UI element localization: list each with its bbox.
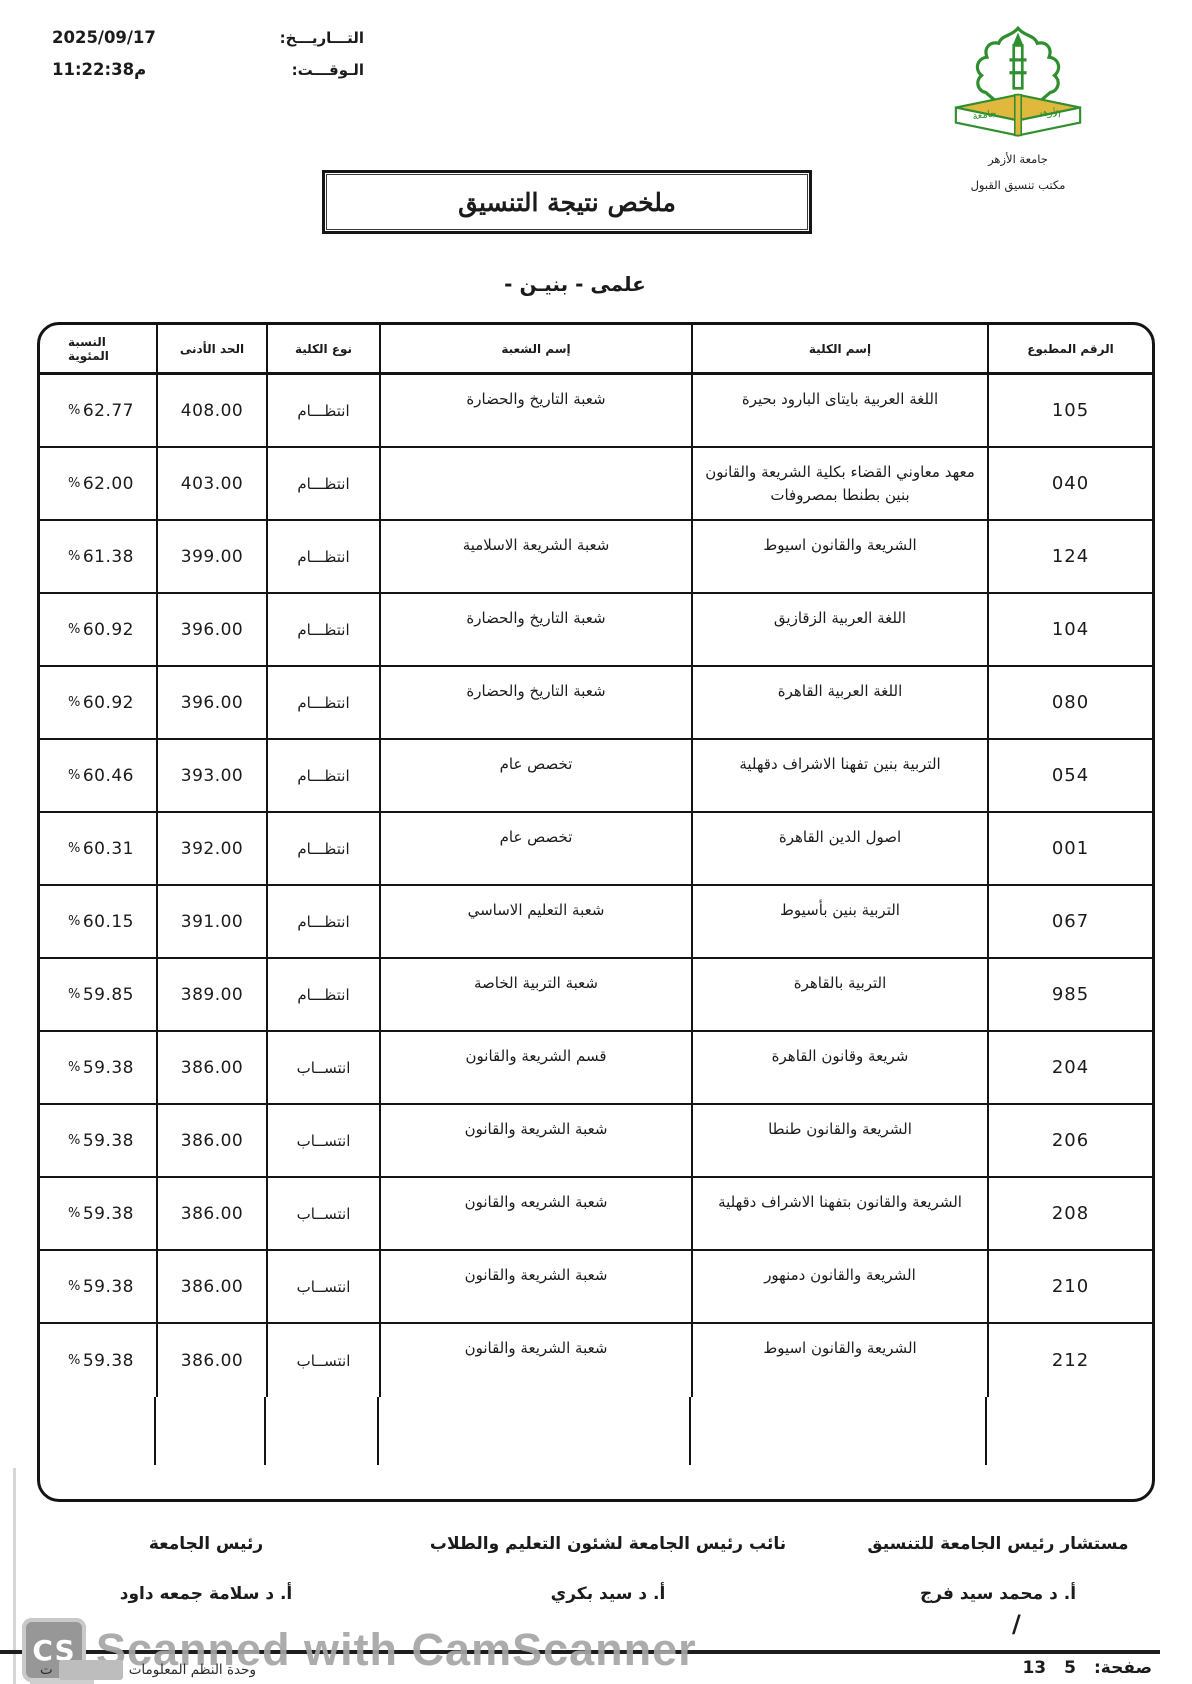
column-divider-stub [264,1397,266,1465]
row-min-score: 386.00 [156,1324,266,1397]
row-division-name: تخصص عام [379,813,691,884]
row-min-score: 386.00 [156,1178,266,1249]
row-percentage: % 61.38 [40,521,156,592]
date-label: التـــاريـــخ: [280,29,364,47]
row-division-name: شعبة التربية الخاصة [379,959,691,1030]
row-college-type: انتظـــام [266,740,379,811]
row-college-name: التربية بنين بأسيوط [691,886,987,957]
row-college-name: شريعة وقانون القاهرة [691,1032,987,1103]
row-percentage-value: 60.31 [83,839,134,859]
row-college-type: انتظـــام [266,375,379,446]
time-value: م11:22:38 [52,60,146,79]
table-row: 104 اللغة العربية الزقازيق شعبة التاريخ … [40,594,1152,667]
row-code: 054 [987,740,1152,811]
row-percentage-value: 61.38 [83,547,134,567]
row-percentage-value: 59.38 [83,1058,134,1078]
report-subtitle: - علمى - بنيـن [275,272,875,296]
row-min-score: 392.00 [156,813,266,884]
signatures-row: مستشار رئيس الجامعة للتنسيق أ. د محمد سي… [38,1534,1154,1604]
row-division-name [379,448,691,519]
row-percentage: % 59.38 [40,1251,156,1322]
column-divider-stub [689,1397,691,1465]
row-college-type: انتظـــام [266,813,379,884]
row-college-type: انتســاب [266,1324,379,1397]
percent-sign: % [68,549,80,564]
admissions-office-name: مكتب تنسيق القبول [938,178,1098,192]
row-code: 124 [987,521,1152,592]
table-row: 054 التربية بنين تفهنا الاشراف دقهلية تخ… [40,740,1152,813]
header-min-score: الحد الأدنى [156,325,266,372]
row-division-name: شعبة الشريعة الاسلامية [379,521,691,592]
row-percentage-value: 59.38 [83,1351,134,1371]
row-college-name: الشريعة والقانون بتفهنا الاشراف دقهلية [691,1178,987,1249]
column-divider-stub [985,1397,987,1465]
row-min-score: 391.00 [156,886,266,957]
unit-label: وحدة النظم المعلومات [129,1662,256,1678]
row-college-name: التربية بالقاهرة [691,959,987,1030]
row-percentage: % 59.38 [40,1105,156,1176]
row-college-name: الشريعة والقانون دمنهور [691,1251,987,1322]
row-college-type: انتســاب [266,1105,379,1176]
page-number: 5 [1064,1658,1076,1678]
row-college-name: الشريعة والقانون اسيوط [691,1324,987,1397]
row-college-name: اللغة العربية الزقازيق [691,594,987,665]
row-percentage-value: 59.38 [83,1277,134,1297]
row-percentage-value: 62.00 [83,474,134,494]
row-percentage: % 60.92 [40,594,156,665]
page-number-block: صفحة: 5 13 [1022,1658,1152,1678]
header-college: إسم الكلية [691,325,987,372]
percent-sign: % [68,768,80,783]
percent-sign: % [68,622,80,637]
percent-sign: % [68,1060,80,1075]
table-row: 208 الشريعة والقانون بتفهنا الاشراف دقهل… [40,1178,1152,1251]
table-row: 206 الشريعة والقانون طنطا شعبة الشريعة و… [40,1105,1152,1178]
row-code: 985 [987,959,1152,1030]
table-row: 204 شريعة وقانون القاهرة قسم الشريعة وال… [40,1032,1152,1105]
table-row: 212 الشريعة والقانون اسيوط شعبة الشريعة … [40,1324,1152,1397]
row-min-score: 396.00 [156,667,266,738]
table-row: 985 التربية بالقاهرة شعبة التربية الخاصة… [40,959,1152,1032]
row-college-name: معهد معاوني القضاء بكلية الشريعة والقانو… [691,448,987,519]
row-min-score: 386.00 [156,1032,266,1103]
row-code: 001 [987,813,1152,884]
row-code: 208 [987,1178,1152,1249]
row-percentage-value: 59.85 [83,985,134,1005]
al-azhar-emblem-icon: جامعة الأزهر [938,24,1098,144]
row-college-type: انتظـــام [266,448,379,519]
row-min-score: 393.00 [156,740,266,811]
percent-sign: % [68,841,80,856]
header-code: الرقم المطبوع [987,325,1152,372]
percent-sign: % [68,1353,80,1368]
row-min-score: 408.00 [156,375,266,446]
date-value: 2025/09/17 [52,28,156,47]
row-college-name: اللغة العربية القاهرة [691,667,987,738]
row-division-name: شعبة الشريعة والقانون [379,1324,691,1397]
page-slash-mark: / [1012,1610,1021,1638]
percent-sign: % [68,1279,80,1294]
page-label: صفحة: [1094,1658,1152,1678]
table-row: 067 التربية بنين بأسيوط شعبة التعليم الا… [40,886,1152,959]
row-college-type: انتظـــام [266,667,379,738]
row-percentage-value: 59.38 [83,1131,134,1151]
date-row: التـــاريـــخ: 2025/09/17 [52,28,364,47]
signature-block: نائب رئيس الجامعة لشئون التعليم والطلاب … [374,1534,842,1604]
row-code: 104 [987,594,1152,665]
university-name: جامعة الأزهر [938,152,1098,166]
row-college-type: انتســاب [266,1032,379,1103]
row-percentage: % 59.38 [40,1032,156,1103]
row-division-name: شعبة التعليم الاساسي [379,886,691,957]
signature-title: رئيس الجامعة [38,1534,374,1554]
signature-block: رئيس الجامعة أ. د سلامة جمعه داود [38,1534,374,1604]
percent-sign: % [68,1133,80,1148]
table-row: 001 اصول الدين القاهرة تخصص عام انتظـــا… [40,813,1152,886]
row-percentage: % 62.77 [40,375,156,446]
scan-smudge-blob [59,1660,123,1680]
row-percentage: % 60.92 [40,667,156,738]
row-college-name: اللغة العربية بايتاى البارود بحيرة [691,375,987,446]
signature-block: مستشار رئيس الجامعة للتنسيق أ. د محمد سي… [842,1534,1154,1604]
signature-title: نائب رئيس الجامعة لشئون التعليم والطلاب [374,1534,842,1554]
row-percentage: % 62.00 [40,448,156,519]
row-college-type: انتظـــام [266,521,379,592]
signature-title: مستشار رئيس الجامعة للتنسيق [842,1534,1154,1554]
signature-name: أ. د محمد سيد فرج [842,1584,1154,1604]
row-college-type: انتظـــام [266,886,379,957]
row-division-name: شعبة التاريخ والحضارة [379,375,691,446]
row-division-name: قسم الشريعة والقانون [379,1032,691,1103]
signature-name: أ. د سيد بكري [374,1584,842,1604]
row-code: 080 [987,667,1152,738]
unit-trailing-letter: ت [40,1662,53,1678]
row-code: 040 [987,448,1152,519]
row-division-name: شعبة الشريعه والقانون [379,1178,691,1249]
row-percentage-value: 60.92 [83,693,134,713]
row-percentage: % 59.38 [40,1324,156,1397]
header-percentage: النسبة المئوية [40,325,156,372]
row-code: 206 [987,1105,1152,1176]
row-min-score: 386.00 [156,1105,266,1176]
row-college-type: انتســاب [266,1178,379,1249]
time-row: الـوقـــت: م11:22:38 [52,60,364,79]
report-title: ملخص نتيجة التنسيق [458,188,676,217]
row-percentage-value: 60.46 [83,766,134,786]
row-min-score: 396.00 [156,594,266,665]
row-code: 105 [987,375,1152,446]
row-division-name: شعبة الشريعة والقانون [379,1251,691,1322]
row-percentage: % 59.85 [40,959,156,1030]
row-division-name: شعبة التاريخ والحضارة [379,594,691,665]
row-division-name: شعبة الشريعة والقانون [379,1105,691,1176]
row-min-score: 399.00 [156,521,266,592]
column-divider-stub [377,1397,379,1465]
results-table-body: 105 اللغة العربية بايتاى البارود بحيرة ش… [40,375,1152,1397]
row-percentage: % 60.31 [40,813,156,884]
row-percentage: % 60.46 [40,740,156,811]
table-row: 105 اللغة العربية بايتاى البارود بحيرة ش… [40,375,1152,448]
percent-sign: % [68,914,80,929]
row-code: 204 [987,1032,1152,1103]
row-min-score: 389.00 [156,959,266,1030]
results-table: الرقم المطبوع إسم الكلية إسم الشعبة نوع … [37,322,1155,1502]
signature-name: أ. د سلامة جمعه داود [38,1584,374,1604]
row-college-type: انتســاب [266,1251,379,1322]
row-college-name: التربية بنين تفهنا الاشراف دقهلية [691,740,987,811]
row-division-name: تخصص عام [379,740,691,811]
percent-sign: % [68,403,80,418]
column-divider-stub [154,1397,156,1465]
percent-sign: % [68,476,80,491]
table-row: 124 الشريعة والقانون اسيوط شعبة الشريعة … [40,521,1152,594]
header-division: إسم الشعبة [379,325,691,372]
row-division-name: شعبة التاريخ والحضارة [379,667,691,738]
row-college-name: الشريعة والقانون اسيوط [691,521,987,592]
report-title-box: ملخص نتيجة التنسيق [322,170,812,234]
university-logo-block: جامعة الأزهر جامعة الأزهر مكتب تنسيق الق… [938,24,1098,192]
row-min-score: 403.00 [156,448,266,519]
row-percentage: % 60.15 [40,886,156,957]
row-percentage-value: 60.92 [83,620,134,640]
percent-sign: % [68,987,80,1002]
row-percentage: % 59.38 [40,1178,156,1249]
row-college-type: انتظـــام [266,594,379,665]
table-row: 040 معهد معاوني القضاء بكلية الشريعة وال… [40,448,1152,521]
row-college-type: انتظـــام [266,959,379,1030]
pages-total: 13 [1022,1658,1046,1678]
information-systems-unit-line: وحدة النظم المعلومات ت [16,1660,256,1680]
table-row: 080 اللغة العربية القاهرة شعبة التاريخ و… [40,667,1152,740]
percent-sign: % [68,695,80,710]
percent-sign: % [68,1206,80,1221]
row-percentage-value: 62.77 [83,401,134,421]
time-label: الـوقـــت: [292,61,364,79]
table-empty-space [40,1397,1152,1499]
row-percentage-value: 60.15 [83,912,134,932]
scanned-document-page: التـــاريـــخ: 2025/09/17 الـوقـــت: م11… [0,0,1192,1684]
results-table-header: الرقم المطبوع إسم الكلية إسم الشعبة نوع … [40,325,1152,375]
row-college-name: الشريعة والقانون طنطا [691,1105,987,1176]
date-time-block: التـــاريـــخ: 2025/09/17 الـوقـــت: م11… [52,28,364,92]
row-code: 067 [987,886,1152,957]
header-type: نوع الكلية [266,325,379,372]
table-row: 210 الشريعة والقانون دمنهور شعبة الشريعة… [40,1251,1152,1324]
row-code: 212 [987,1324,1152,1397]
row-percentage-value: 59.38 [83,1204,134,1224]
row-min-score: 386.00 [156,1251,266,1322]
row-college-name: اصول الدين القاهرة [691,813,987,884]
row-code: 210 [987,1251,1152,1322]
